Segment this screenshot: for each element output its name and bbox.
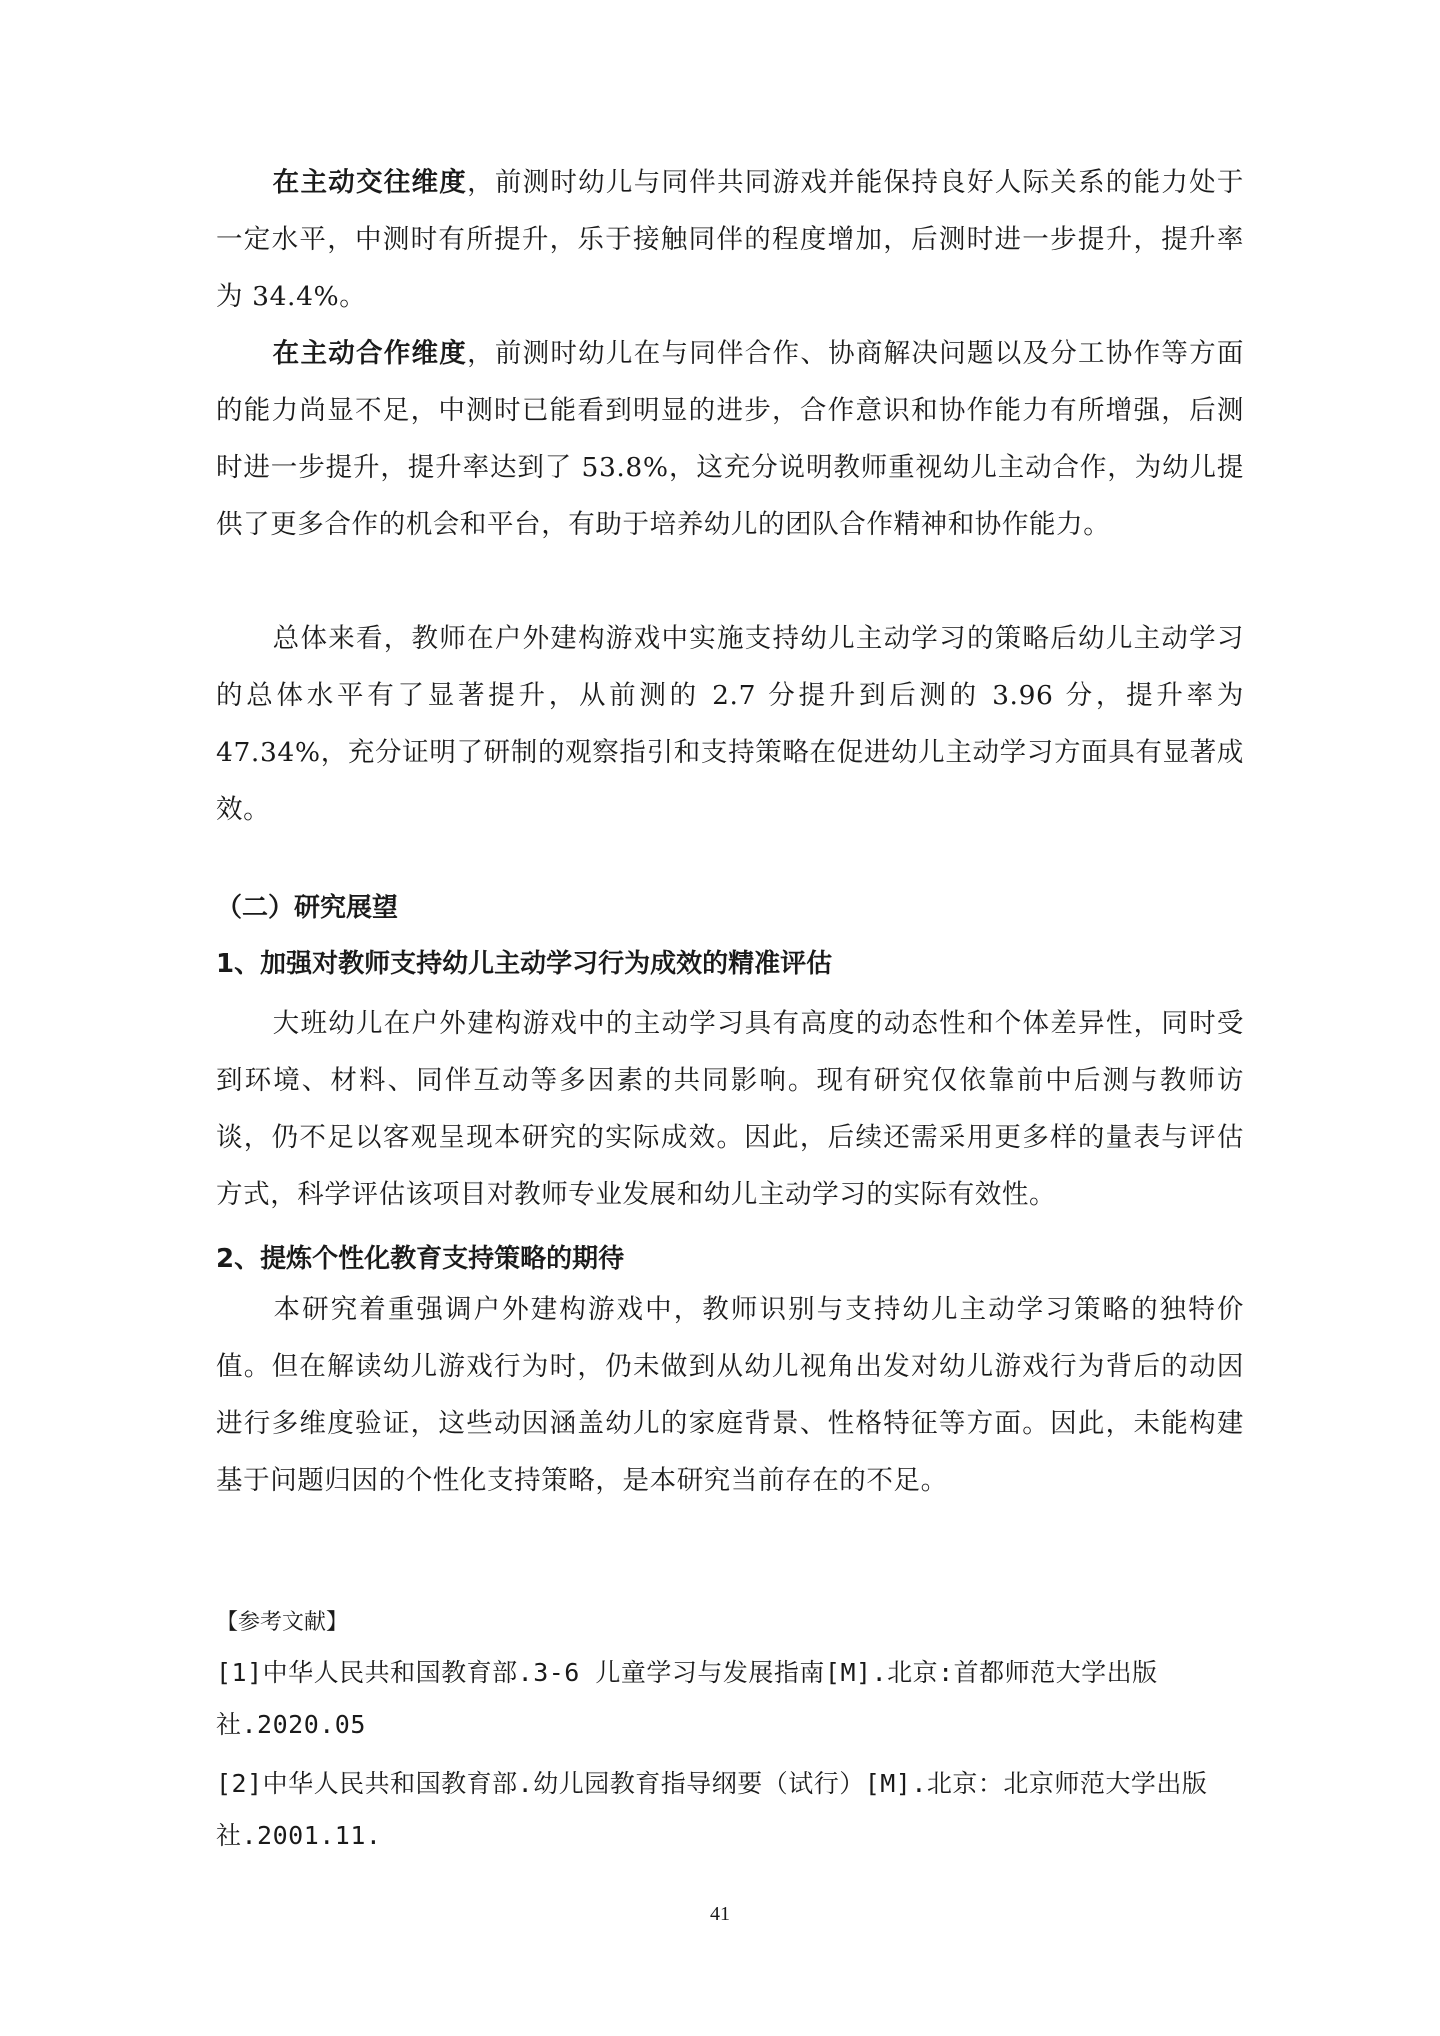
paragraph-overall: 总体来看，教师在户外建构游戏中实施支持幼儿主动学习的策略后幼儿主动学习的总体水平…	[216, 610, 1244, 838]
paragraph-lead: 在主动合作维度	[272, 338, 467, 369]
paragraph-interaction-dimension: 在主动交往维度，前测时幼儿与同伴共同游戏并能保持良好人际关系的能力处于一定水平，…	[216, 154, 1244, 325]
document-page: 在主动交往维度，前测时幼儿与同伴共同游戏并能保持良好人际关系的能力处于一定水平，…	[0, 0, 1440, 2036]
references-heading: 【参考文献】	[216, 1603, 348, 1643]
paragraph-cooperation-dimension: 在主动合作维度，前测时幼儿在与同伴合作、协商解决问题以及分工协作等方面的能力尚显…	[216, 325, 1244, 553]
paragraph-subsection-1: 大班幼儿在户外建构游戏中的主动学习具有高度的动态性和个体差异性，同时受到环境、材…	[216, 995, 1244, 1223]
paragraph-subsection-2: 本研究着重强调户外建构游戏中，教师识别与支持幼儿主动学习策略的独特价值。但在解读…	[216, 1281, 1244, 1509]
paragraph-body: 本研究着重强调户外建构游戏中，教师识别与支持幼儿主动学习策略的独特价值。但在解读…	[216, 1294, 1244, 1496]
reference-item-1: [1]中华人民共和国教育部.3-6 儿童学习与发展指南[M].北京:首都师范大学…	[216, 1647, 1244, 1751]
paragraph-body: 大班幼儿在户外建构游戏中的主动学习具有高度的动态性和个体差异性，同时受到环境、材…	[216, 1008, 1244, 1210]
paragraph-lead: 在主动交往维度	[272, 167, 467, 198]
section-heading: （二）研究展望	[216, 888, 398, 928]
reference-item-2: [2]中华人民共和国教育部.幼儿园教育指导纲要（试行）[M].北京：北京师范大学…	[216, 1758, 1244, 1862]
subsection-heading-2: 2、提炼个性化教育支持策略的期待	[216, 1239, 624, 1279]
subsection-heading-1: 1、加强对教师支持幼儿主动学习行为成效的精准评估	[216, 944, 832, 984]
paragraph-body: 总体来看，教师在户外建构游戏中实施支持幼儿主动学习的策略后幼儿主动学习的总体水平…	[216, 623, 1244, 825]
page-number: 41	[0, 1903, 1440, 1926]
